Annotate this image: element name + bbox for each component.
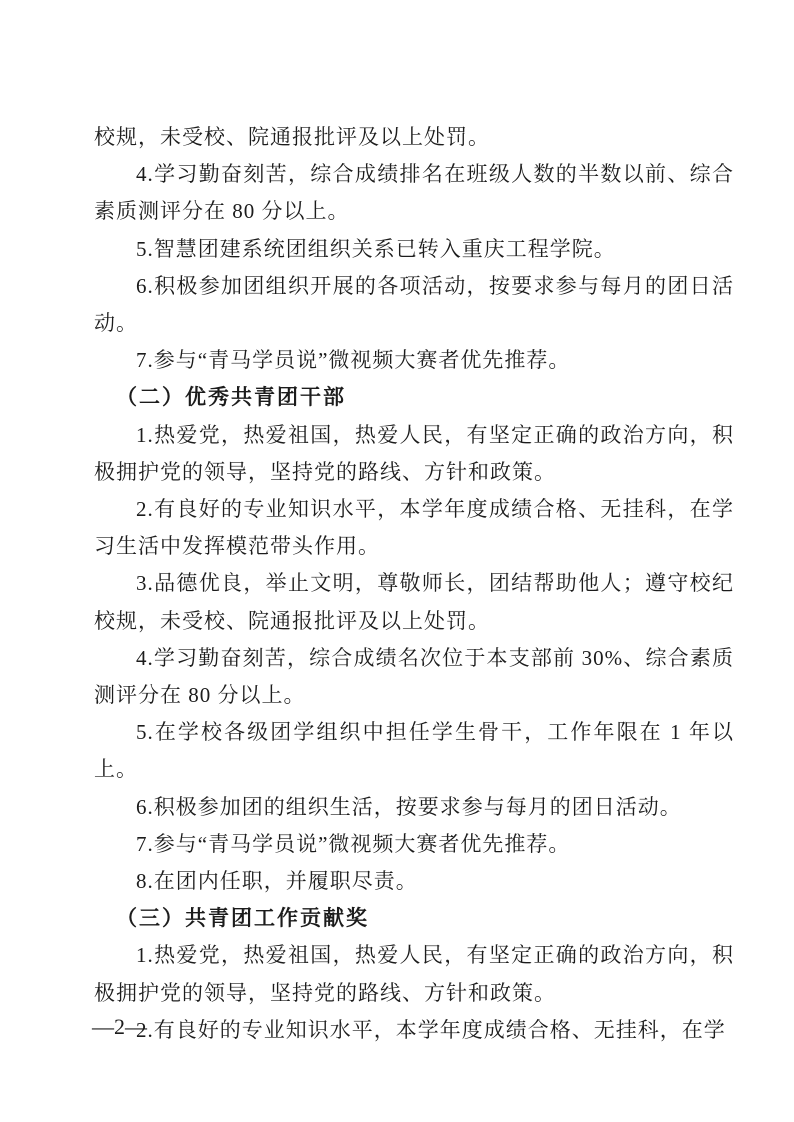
paragraph: 1.热爱党，热爱祖国，热爱人民，有坚定正确的政治方向，积极拥护党的领导，坚持党的… [94, 417, 734, 491]
paragraph: 7.参与“青马学员说”微视频大赛者优先推荐。 [94, 342, 734, 379]
paragraph: 2.有良好的专业知识水平，本学年度成绩合格、无挂科，在学 [94, 1012, 734, 1049]
paragraph: 4.学习勤奋刻苦，综合成绩排名在班级人数的半数以前、综合素质测评分在 80 分以… [94, 156, 734, 230]
paragraph: 6.积极参加团的组织生活，按要求参与每月的团日活动。 [94, 789, 734, 826]
section-heading: （二）优秀共青团干部 [94, 379, 734, 416]
paragraph: 2.有良好的专业知识水平，本学年度成绩合格、无挂科，在学习生活中发挥模范带头作用… [94, 491, 734, 565]
document-page: 校规，未受校、院通报批评及以上处罚。4.学习勤奋刻苦，综合成绩排名在班级人数的半… [0, 0, 794, 1122]
paragraph: 5.在学校各级团学组织中担任学生骨干，工作年限在 1 年以上。 [94, 714, 734, 788]
paragraph: 4.学习勤奋刻苦，综合成绩名次位于本支部前 30%、综合素质测评分在 80 分以… [94, 640, 734, 714]
page-number: —2— [92, 1014, 147, 1040]
paragraph: 1.热爱党，热爱祖国，热爱人民，有坚定正确的政治方向，积极拥护党的领导，坚持党的… [94, 937, 734, 1011]
paragraph: 6.积极参加团组织开展的各项活动，按要求参与每月的团日活动。 [94, 268, 734, 342]
paragraph: 7.参与“青马学员说”微视频大赛者优先推荐。 [94, 826, 734, 863]
document-body: 校规，未受校、院通报批评及以上处罚。4.学习勤奋刻苦，综合成绩排名在班级人数的半… [94, 119, 734, 1049]
paragraph: 5.智慧团建系统团组织关系已转入重庆工程学院。 [94, 231, 734, 268]
paragraph: 8.在团内任职，并履职尽责。 [94, 863, 734, 900]
paragraph: 3.品德优良，举止文明，尊敬师长，团结帮助他人；遵守校纪校规，未受校、院通报批评… [94, 565, 734, 639]
paragraph: 校规，未受校、院通报批评及以上处罚。 [94, 119, 734, 156]
section-heading: （三）共青团工作贡献奖 [94, 900, 734, 937]
